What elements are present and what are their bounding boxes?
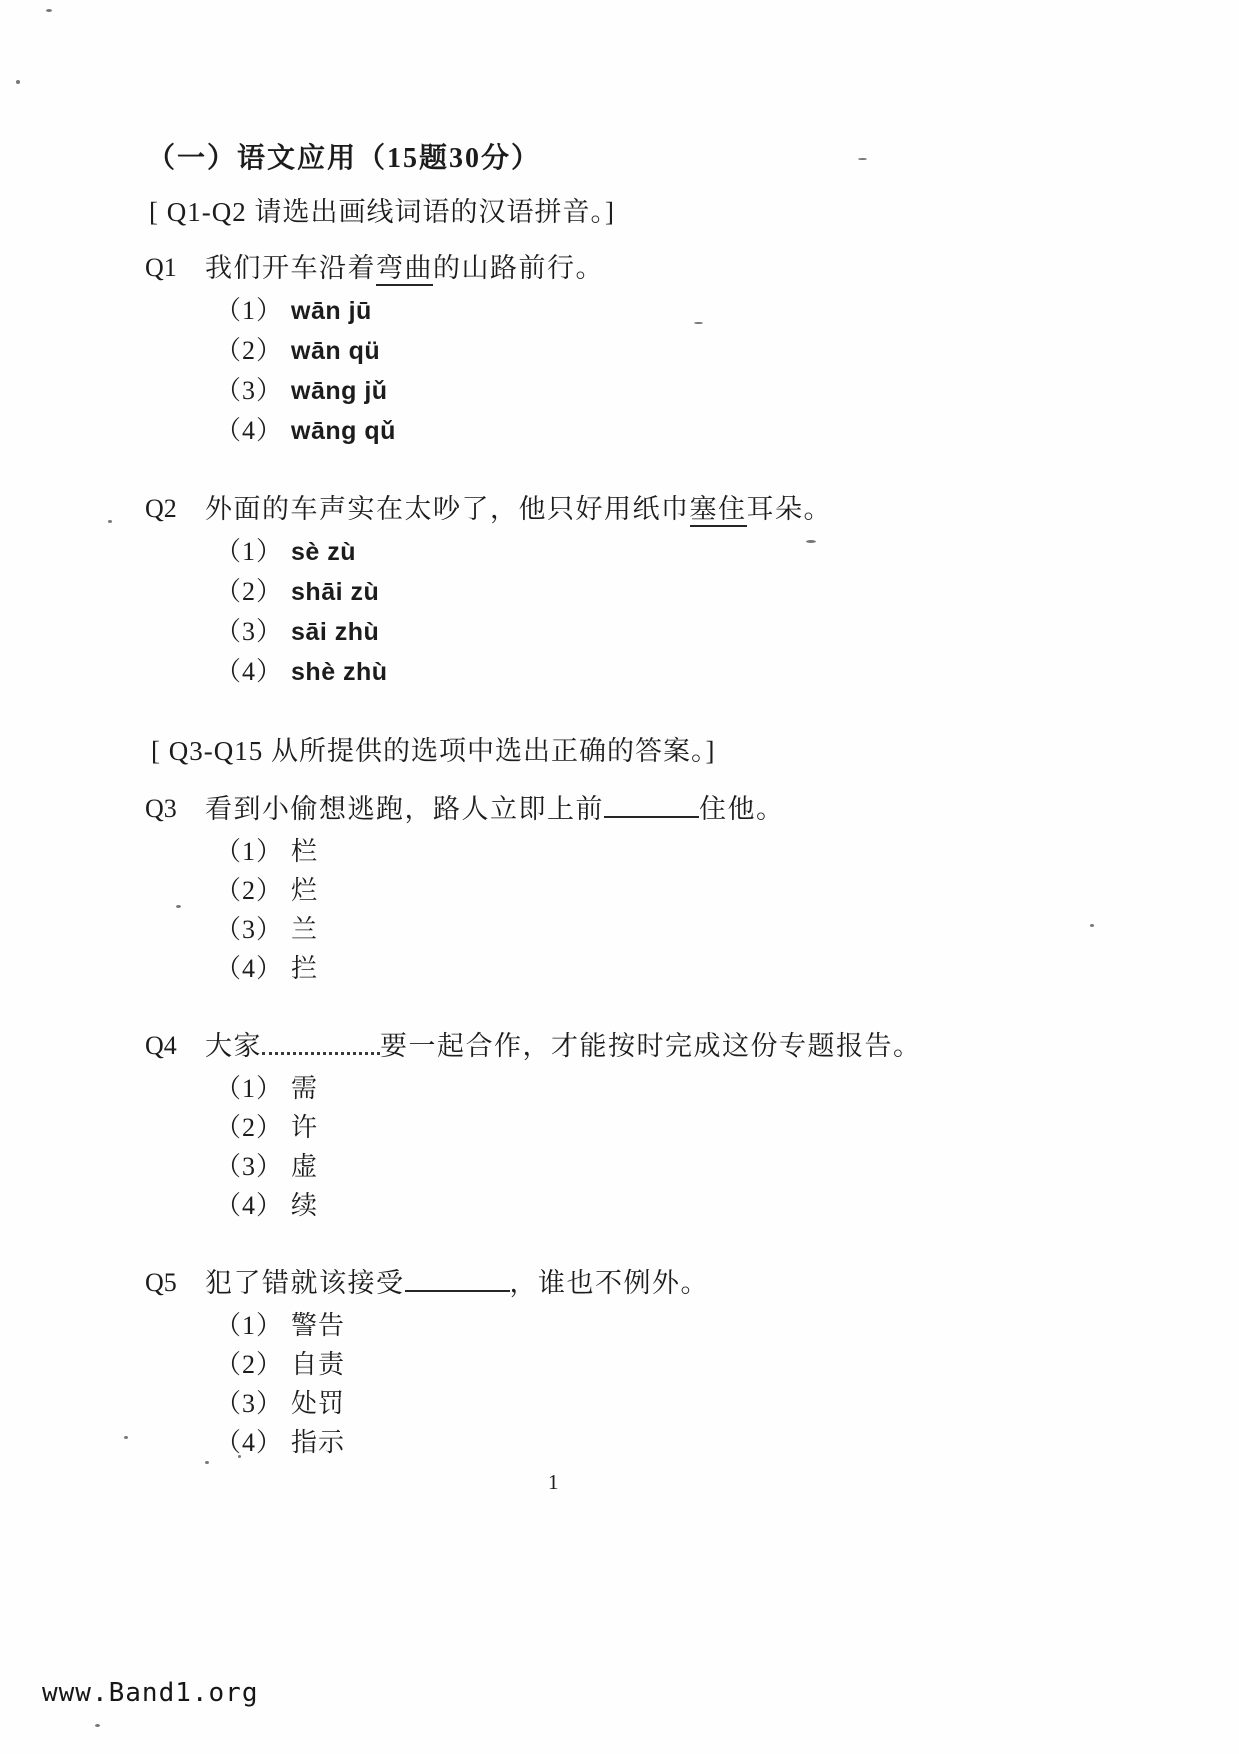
option-number: （1） [215, 537, 283, 566]
option-text: shāi zù [291, 578, 379, 606]
question-id: Q1 [145, 247, 205, 289]
option-list: （1）栏（2）烂（3）兰（4）拦 [145, 832, 1185, 988]
option-number: （4） [215, 416, 283, 445]
option-text: 指示 [291, 1428, 345, 1457]
sentence-text: 我们开车沿着 [205, 253, 376, 283]
option-row: （2）许 [215, 1108, 1185, 1147]
option-row: （1）需 [215, 1069, 1185, 1108]
option-number: （4） [215, 657, 283, 686]
option-row: （3）兰 [215, 910, 1185, 949]
scan-artifact [858, 158, 867, 160]
sentence-text: 大家 [205, 1031, 262, 1061]
option-number: （3） [215, 1152, 283, 1181]
question-q4: Q4大家要一起合作，才能按时完成这份专题报告。（1）需（2）许（3）虚（4）续 [145, 1025, 1185, 1225]
scan-artifact [1090, 924, 1094, 927]
option-row: （4）指示 [215, 1423, 1185, 1462]
option-text: 拦 [291, 954, 318, 983]
option-row: （4）wāng qǔ [215, 411, 1185, 451]
scan-artifact [46, 9, 52, 12]
option-row: （2）烂 [215, 871, 1185, 910]
question-id: Q5 [145, 1262, 205, 1304]
scan-artifact [108, 520, 112, 523]
option-text: sè zù [291, 538, 356, 566]
option-number: （1） [215, 1311, 283, 1340]
question-sentence: 看到小偷想逃跑，路人立即上前住他。 [205, 788, 785, 830]
option-row: （3）虚 [215, 1147, 1185, 1186]
sentence-text: 犯了错就该接受 [205, 1268, 405, 1298]
option-list: （1）警告（2）自责（3）处罚（4）指示 [145, 1306, 1185, 1462]
answer-blank [262, 1025, 380, 1055]
option-list: （1）wān jū（2）wān qü（3）wāng jǔ（4）wāng qǔ [145, 291, 1185, 451]
option-number: （3） [215, 1389, 283, 1418]
option-number: （2） [215, 1113, 283, 1142]
question-sentence: 外面的车声实在太吵了，他只好用纸巾塞住耳朵。 [205, 488, 832, 530]
exam-page: （一）语文应用（15题30分） [ Q1-Q2 请选出画线词语的汉语拼音。] Q… [0, 0, 1239, 1754]
question-q1: Q1我们开车沿着弯曲的山路前行。（1）wān jū（2）wān qü（3）wān… [145, 247, 1185, 451]
instruction-q1-q2: [ Q1-Q2 请选出画线词语的汉语拼音。] [149, 190, 1185, 229]
option-number: （3） [215, 617, 283, 646]
option-row: （1）sè zù [215, 532, 1185, 572]
option-number: （2） [215, 577, 283, 606]
scan-artifact [176, 905, 181, 908]
option-number: （1） [215, 837, 283, 866]
option-row: （2）shāi zù [215, 572, 1185, 612]
question-q3: Q3看到小偷想逃跑，路人立即上前住他。（1）栏（2）烂（3）兰（4）拦 [145, 788, 1185, 988]
section-title: （一）语文应用（15题30分） [147, 136, 1185, 176]
option-number: （4） [215, 1191, 283, 1220]
option-row: （4）shè zhù [215, 652, 1185, 692]
option-text: wān qü [291, 337, 380, 365]
sentence-text: 外面的车声实在太吵了，他只好用纸巾 [205, 494, 690, 524]
question-sentence: 我们开车沿着弯曲的山路前行。 [205, 247, 604, 289]
question-sentence: 大家要一起合作，才能按时完成这份专题报告。 [205, 1025, 922, 1067]
sentence-text: ，谁也不例外。 [510, 1268, 710, 1298]
option-text: shè zhù [291, 658, 388, 686]
option-list: （1）sè zù（2）shāi zù（3）sāi zhù（4）shè zhù [145, 532, 1185, 692]
page-content: （一）语文应用（15题30分） [ Q1-Q2 请选出画线词语的汉语拼音。] Q… [145, 136, 1185, 1499]
option-row: （3）wāng jǔ [215, 371, 1185, 411]
scan-artifact [16, 80, 20, 84]
sentence-text: 看到小偷想逃跑，路人立即上前 [205, 794, 604, 824]
option-number: （1） [215, 1074, 283, 1103]
option-text: 栏 [291, 837, 318, 866]
question-q2: Q2外面的车声实在太吵了，他只好用纸巾塞住耳朵。（1）sè zù（2）shāi … [145, 488, 1185, 692]
question-sentence: 犯了错就该接受，谁也不例外。 [205, 1262, 709, 1304]
option-list: （1）需（2）许（3）虚（4）续 [145, 1069, 1185, 1225]
option-text: 处罚 [291, 1389, 345, 1418]
scan-artifact [95, 1724, 100, 1727]
option-number: （3） [215, 376, 283, 405]
question-id: Q2 [145, 488, 205, 530]
option-text: 警告 [291, 1311, 345, 1340]
sentence-text: 的山路前行。 [433, 253, 604, 283]
option-row: （3）sāi zhù [215, 612, 1185, 652]
option-row: （2）自责 [215, 1345, 1185, 1384]
option-row: （1）警告 [215, 1306, 1185, 1345]
scan-artifact [124, 1436, 128, 1439]
option-row: （1）wān jū [215, 291, 1185, 331]
sentence-text: 耳朵。 [747, 494, 833, 524]
option-row: （1）栏 [215, 832, 1185, 871]
option-text: 虚 [291, 1152, 318, 1181]
sentence-text: 住他。 [699, 794, 785, 824]
option-text: 许 [291, 1113, 318, 1142]
option-text: wāng qǔ [291, 417, 396, 445]
option-number: （1） [215, 296, 283, 325]
question-id: Q3 [145, 788, 205, 830]
answer-blank [604, 789, 699, 818]
question-list: Q1我们开车沿着弯曲的山路前行。（1）wān jū（2）wān qü（3）wān… [145, 247, 1185, 1462]
site-watermark: www.Band1.org [42, 1678, 259, 1708]
underlined-word: 塞住 [690, 494, 747, 527]
option-row: （4）续 [215, 1186, 1185, 1225]
sentence-text: 要一起合作，才能按时完成这份专题报告。 [380, 1031, 922, 1061]
option-row: （4）拦 [215, 949, 1185, 988]
answer-blank [405, 1263, 510, 1292]
option-text: 续 [291, 1191, 318, 1220]
option-text: wān jū [291, 297, 372, 325]
question-id: Q4 [145, 1025, 205, 1067]
scan-artifact [238, 1455, 241, 1458]
instruction-q3: [ Q3-Q15 从所提供的选项中选出正确的答案。] [151, 729, 1185, 768]
question-q5: Q5犯了错就该接受，谁也不例外。（1）警告（2）自责（3）处罚（4）指示 [145, 1262, 1185, 1462]
scan-artifact [806, 540, 816, 543]
option-number: （2） [215, 876, 283, 905]
option-row: （3）处罚 [215, 1384, 1185, 1423]
option-text: 需 [291, 1074, 318, 1103]
option-row: （2）wān qü [215, 331, 1185, 371]
option-text: 兰 [291, 915, 318, 944]
option-number: （4） [215, 1428, 283, 1457]
scan-artifact [694, 322, 703, 324]
option-text: sāi zhù [291, 618, 379, 646]
page-number: 1 [548, 1470, 559, 1495]
option-number: （4） [215, 954, 283, 983]
scan-artifact [205, 1461, 209, 1464]
option-number: （2） [215, 1350, 283, 1379]
option-number: （3） [215, 915, 283, 944]
option-text: wāng jǔ [291, 377, 388, 405]
option-text: 自责 [291, 1350, 345, 1379]
underlined-word: 弯曲 [376, 253, 433, 286]
option-text: 烂 [291, 876, 318, 905]
option-number: （2） [215, 336, 283, 365]
